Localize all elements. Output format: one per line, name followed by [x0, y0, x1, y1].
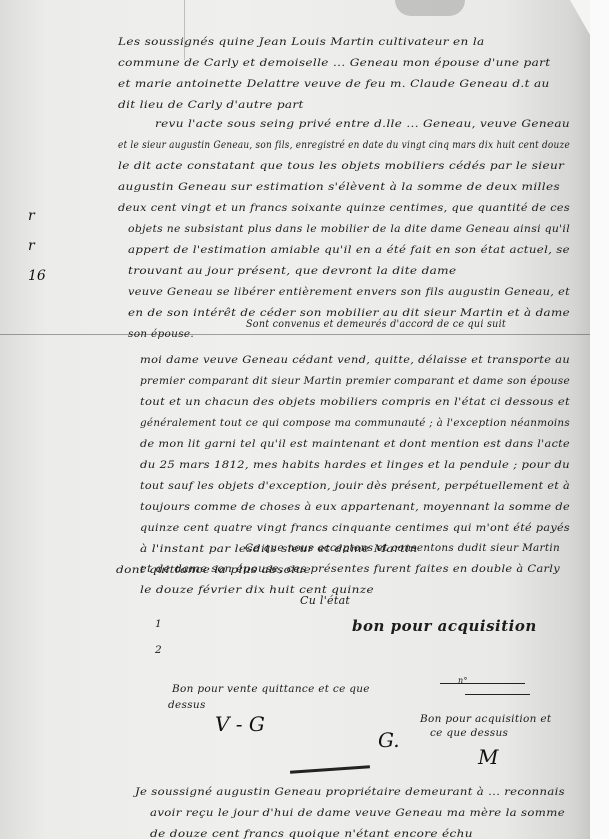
list-number: 1: [155, 618, 162, 630]
closing-line: avoir reçu le jour d'hui de dame veuve G…: [150, 807, 565, 819]
scan-margin: [590, 0, 609, 839]
body-line: tout sauf les objets d'exception, jouir …: [140, 480, 570, 492]
sale-note: Bon pour vente quittance et ce que: [172, 683, 370, 695]
body-line: premier comparant dit sieur Martin premi…: [140, 375, 570, 387]
rule-line: [440, 683, 525, 684]
intro-line: et marie antoinette Delattre veuve de fe…: [118, 78, 550, 90]
preamble-line: et le sieur augustin Geneau, son fils, e…: [118, 139, 570, 151]
fold-crease: [0, 334, 590, 335]
body-line: de mon lit garni tel qu'il est maintenan…: [140, 438, 570, 450]
preamble-line: trouvant au jour présent, que devront la…: [128, 265, 456, 277]
margin-note: r: [28, 208, 35, 224]
intro-line: Les soussignés quine Jean Louis Martin c…: [118, 36, 485, 48]
intro-line: commune de Carly et demoiselle ... Genea…: [118, 57, 550, 69]
preamble-line: objets ne subsistant plus dans le mobili…: [128, 223, 570, 235]
acceptance-line: et de dame son épouse, ces présentes fur…: [140, 563, 560, 575]
preamble-line: appert de l'estimation amiable qu'il en …: [128, 244, 570, 256]
closing-line: Je soussigné augustin Geneau propriétair…: [135, 786, 565, 798]
acquisition-note-2: Bon pour acquisition et: [420, 713, 551, 725]
margin-note: 16: [28, 268, 46, 284]
signature: G.: [378, 728, 400, 752]
signature: V - G: [215, 712, 265, 736]
body-line: moi dame veuve Geneau cédant vend, quitt…: [140, 354, 570, 366]
rule-line: [465, 694, 530, 695]
preamble-line: augustin Geneau sur estimation s'élèvent…: [118, 181, 560, 193]
preamble-line: deux cent vingt et un francs soixante qu…: [118, 202, 570, 214]
sale-note: dessus: [168, 699, 206, 711]
preamble-line: revu l'acte sous seing privé entre d.lle…: [155, 118, 570, 130]
body-line: toujours comme de choses à eux appartena…: [140, 501, 570, 513]
etat-label: Cu l'état: [300, 594, 350, 607]
preamble-line: veuve Geneau se libérer entièrement enve…: [128, 286, 570, 298]
intro-line: dit lieu de Carly d'autre part: [118, 99, 304, 111]
acquisition-note: bon pour acquisition: [352, 617, 537, 635]
acceptance-line: Ce que nous acceptons et consentons dudi…: [245, 542, 560, 554]
flourish-stroke: [290, 765, 370, 774]
body-line: tout et un chacun des objets mobiliers c…: [140, 396, 570, 408]
acquisition-note-2: ce que dessus: [430, 727, 508, 739]
signature: M: [478, 745, 498, 769]
body-line: généralement tout ce qui compose ma comm…: [140, 417, 570, 429]
fold-crease-vertical: [184, 0, 185, 60]
list-number: 2: [155, 644, 162, 656]
preamble-line: son épouse.: [128, 328, 194, 340]
closing-line: de douze cent francs quoique n'étant enc…: [150, 828, 473, 839]
preamble-line: le dit acte constatant que tous les obje…: [118, 160, 564, 172]
paper-stain: [395, 0, 465, 16]
agreement-line: Sont convenus et demeurés d'accord de ce…: [246, 318, 506, 330]
body-line: quinze cent quatre vingt francs cinquant…: [140, 522, 570, 534]
body-line: du 25 mars 1812, mes habits hardes et li…: [140, 459, 570, 471]
margin-note: r: [28, 238, 35, 254]
document-page: r r 16 Les soussignés quine Jean Louis M…: [0, 0, 590, 839]
